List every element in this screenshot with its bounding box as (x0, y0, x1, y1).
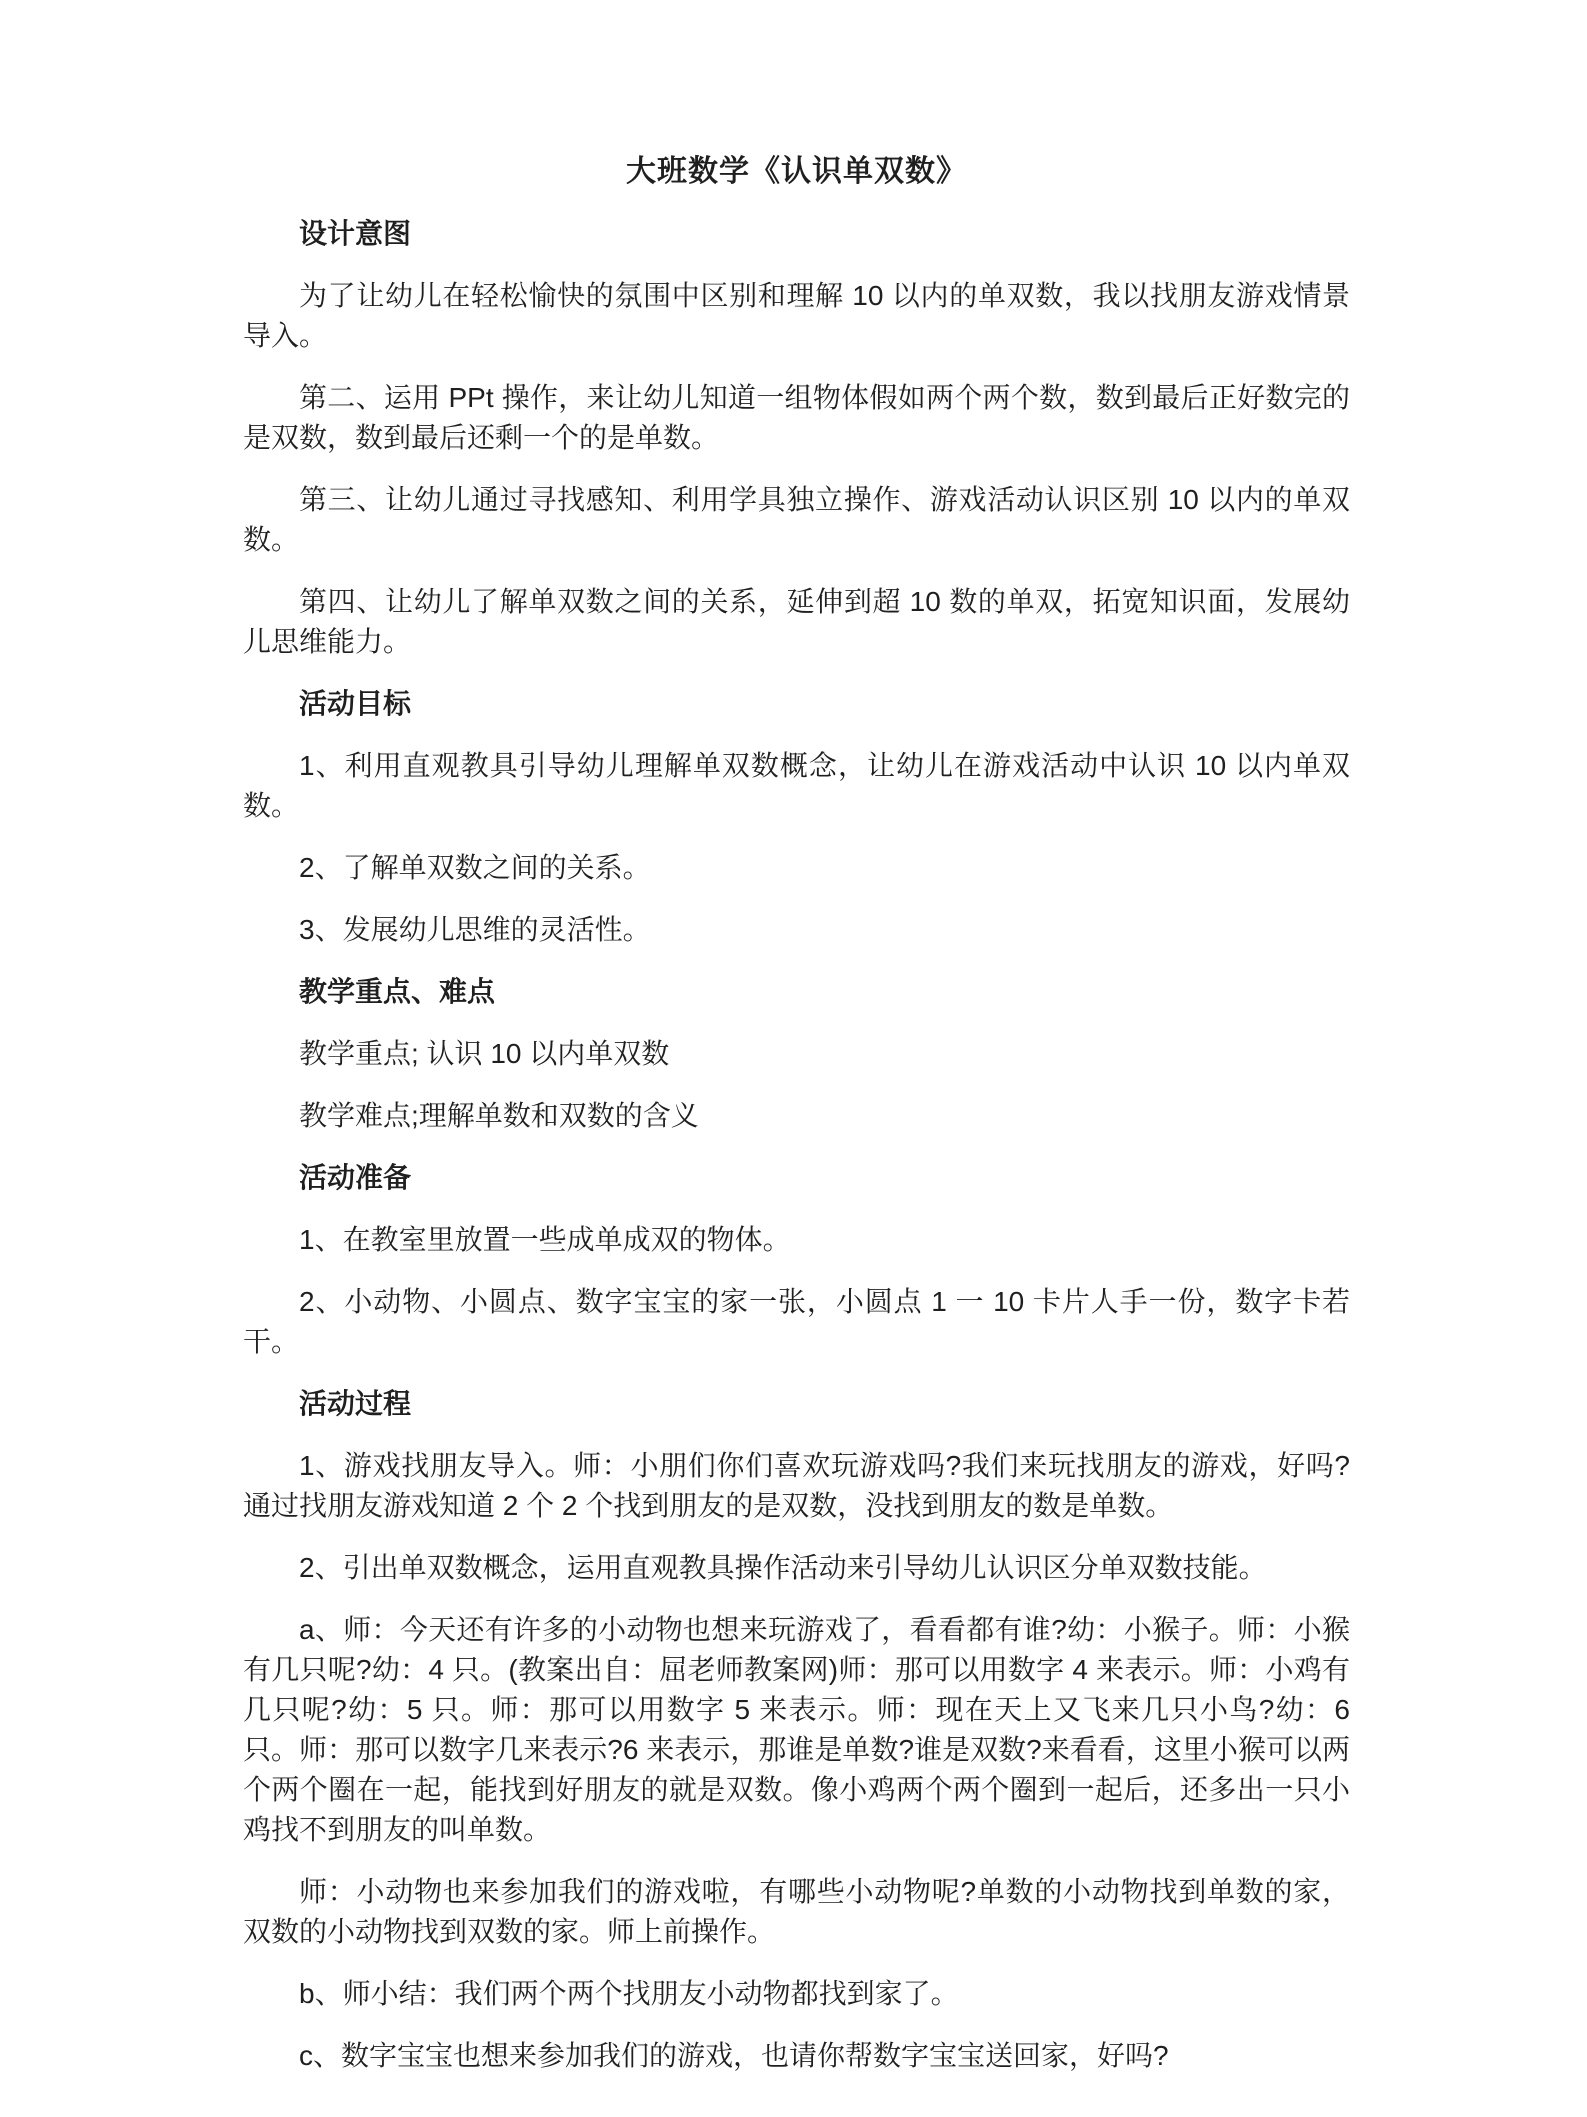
paragraph-process-1-game-intro: 1、游戏找朋友导入。师：小朋们你们喜欢玩游戏吗?我们来玩找朋友的游戏，好吗?通过… (243, 1446, 1350, 1526)
paragraph-process-animals-find-home: 师：小动物也来参加我们的游戏啦，有哪些小动物呢?单数的小动物找到单数的家，双数的… (243, 1872, 1350, 1952)
paragraph-design-intent-fourth: 第四、让幼儿了解单双数之间的关系，延伸到超 10 数的单双，拓宽知识面，发展幼儿… (243, 582, 1350, 662)
paragraph-design-intent-second: 第二、运用 PPt 操作，来让幼儿知道一组物体假如两个两个数，数到最后正好数完的… (243, 378, 1350, 458)
paragraph-preparation-1: 1、在教室里放置一些成单成双的物体。 (243, 1220, 1350, 1260)
paragraph-teaching-key-point: 教学重点; 认识 10 以内单双数 (243, 1034, 1350, 1074)
paragraph-process-2-concept-intro: 2、引出单双数概念，运用直观教具操作活动来引导幼儿认识区分单双数技能。 (243, 1548, 1350, 1588)
paragraph-design-intent-third: 第三、让幼儿通过寻找感知、利用学具独立操作、游戏活动认识区别 10 以内的单双数… (243, 480, 1350, 560)
paragraph-teaching-difficult-point: 教学难点;理解单数和双数的含义 (243, 1096, 1350, 1136)
document-page: 大班数学《认识单双数》 设计意图 为了让幼儿在轻松愉快的氛围中区别和理解 10 … (0, 0, 1587, 2117)
paragraph-process-a-teacher-dialog: a、师：今天还有许多的小动物也想来玩游戏了，看看都有谁?幼：小猴子。师：小猴有几… (243, 1610, 1350, 1850)
section-heading-design-intent: 设计意图 (243, 214, 1350, 254)
paragraph-preparation-2: 2、小动物、小圆点、数字宝宝的家一张，小圆点 1 一 10 卡片人手一份，数字卡… (243, 1282, 1350, 1362)
section-heading-key-difficult-points: 教学重点、难点 (243, 972, 1350, 1012)
section-heading-activity-preparation: 活动准备 (243, 1158, 1350, 1198)
paragraph-design-intent-intro: 为了让幼儿在轻松愉快的氛围中区别和理解 10 以内的单双数，我以找朋友游戏情景导… (243, 276, 1350, 356)
paragraph-goal-1: 1、利用直观教具引导幼儿理解单双数概念，让幼儿在游戏活动中认识 10 以内单双数… (243, 746, 1350, 826)
paragraph-goal-2: 2、了解单双数之间的关系。 (243, 848, 1350, 888)
section-heading-activity-process: 活动过程 (243, 1384, 1350, 1424)
paragraph-goal-3: 3、发展幼儿思维的灵活性。 (243, 910, 1350, 950)
document-title: 大班数学《认识单双数》 (243, 152, 1350, 192)
section-heading-activity-goals: 活动目标 (243, 684, 1350, 724)
paragraph-process-b-teacher-summary: b、师小结：我们两个两个找朋友小动物都找到家了。 (243, 1974, 1350, 2014)
paragraph-process-c-number-babies: c、数字宝宝也想来参加我们的游戏，也请你帮数字宝宝送回家，好吗? (243, 2036, 1350, 2076)
